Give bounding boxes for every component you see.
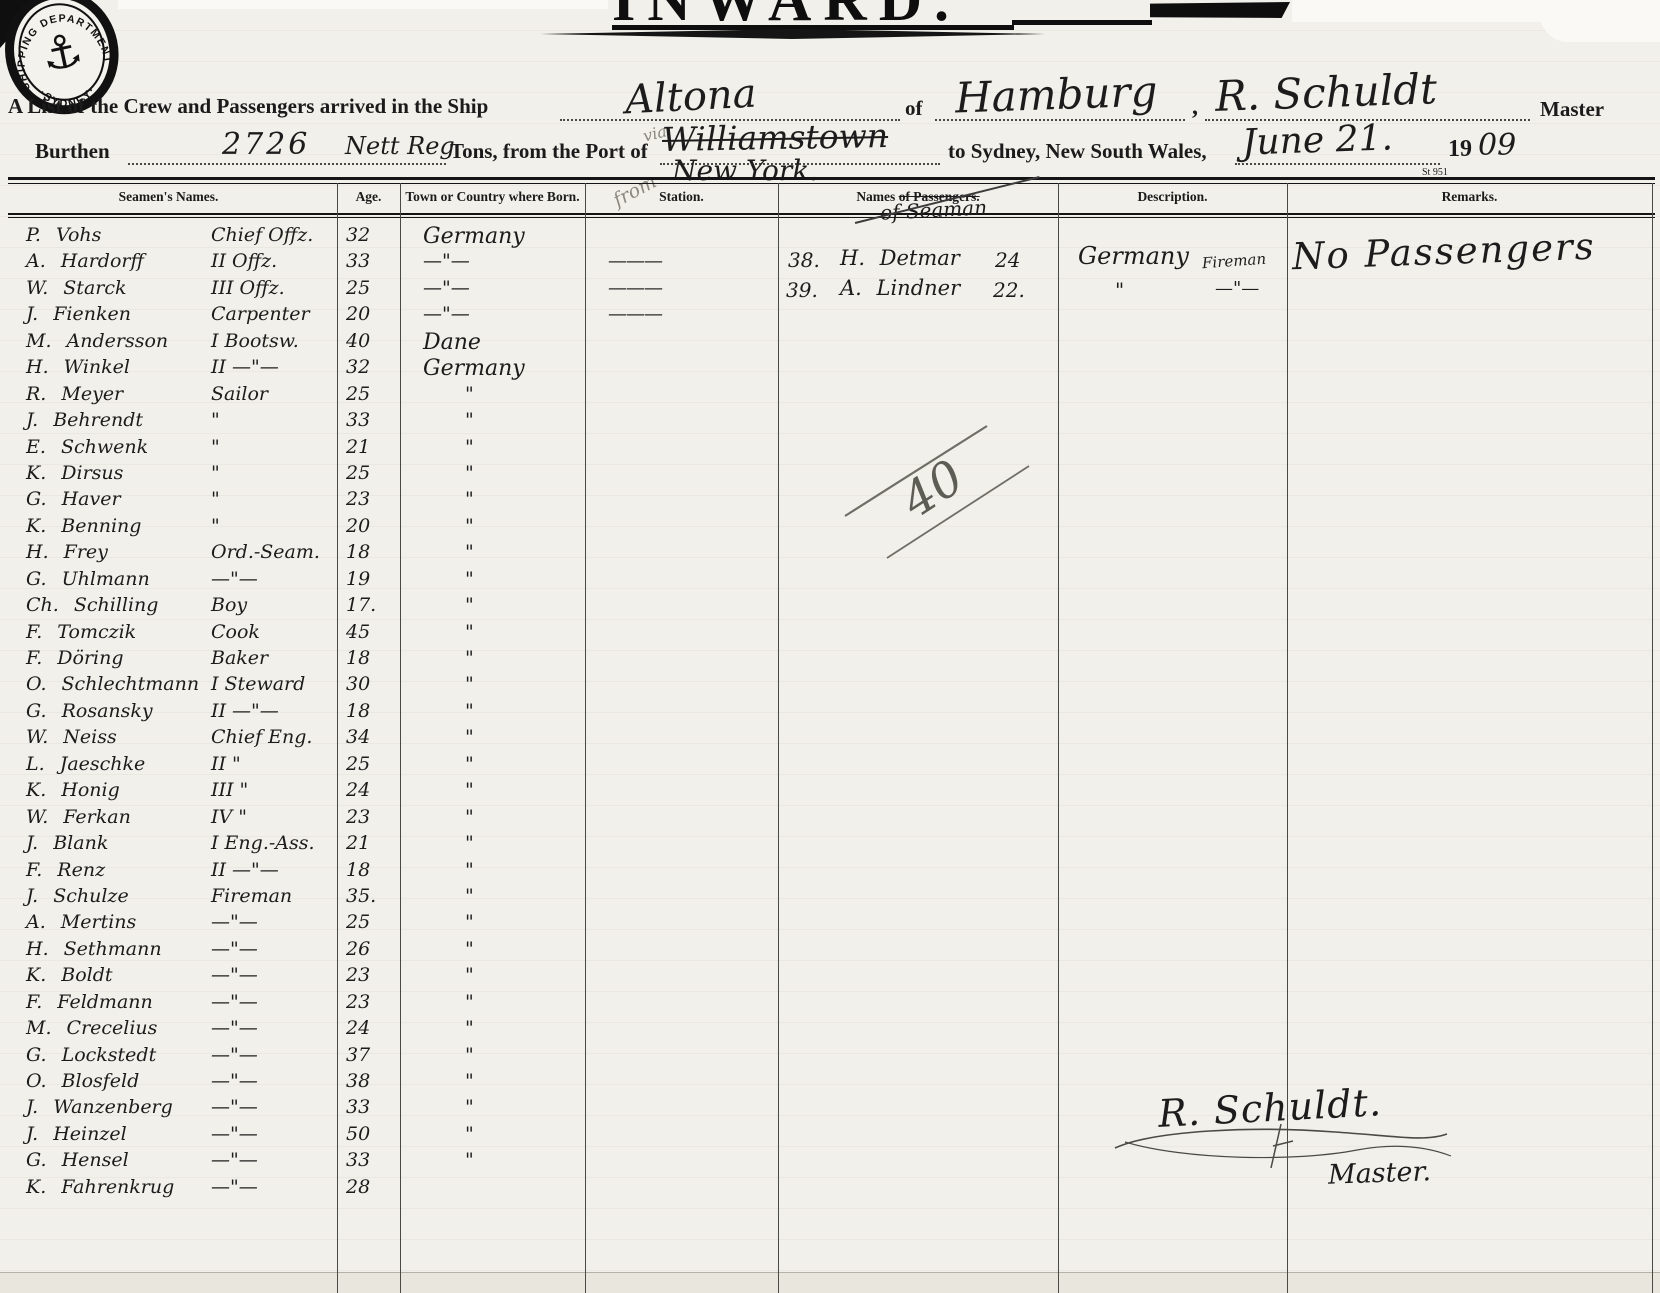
- crew-name: J. Blank: [26, 832, 108, 854]
- crew-name: H. Frey: [26, 541, 108, 563]
- crew-name: A. Mertins: [26, 911, 136, 933]
- crew-rank: Baker: [211, 647, 268, 669]
- crew-name: E. Schwenk: [26, 436, 148, 458]
- crew-age: 20: [346, 303, 370, 325]
- crew-rank: —"—: [211, 1176, 258, 1198]
- crew-born: ": [465, 806, 474, 828]
- crew-rank: Ord.-Seam.: [211, 541, 320, 563]
- crew-rank: —"—: [211, 1017, 258, 1039]
- crew-age: 33: [346, 250, 370, 272]
- crew-rank: Chief Offz.: [211, 224, 313, 246]
- passengers-header-correction: of Seaman: [879, 195, 987, 225]
- crew-name: K. Benning: [26, 515, 141, 537]
- column-divider-5: [1058, 183, 1059, 1293]
- crew-born: ": [465, 1096, 474, 1118]
- crew-name: M. Andersson: [26, 330, 168, 352]
- crew-row: G. Hensel —"— 33 ": [8, 1149, 798, 1175]
- crew-age: 33: [346, 1096, 370, 1118]
- inward-banner-title: INWARD.: [612, 0, 961, 30]
- crew-born: ": [465, 673, 474, 695]
- crew-born: —"—: [423, 250, 470, 272]
- crew-name: A. Hardorff: [26, 250, 144, 272]
- crew-age: 28: [346, 1176, 370, 1198]
- crew-name: K. Fahrenkrug: [26, 1176, 174, 1198]
- crew-born: ": [465, 832, 474, 854]
- crew-row: O. Schlechtmann I Steward 30 ": [8, 673, 798, 699]
- crew-age: 24: [346, 1017, 370, 1039]
- crew-rank: Chief Eng.: [211, 726, 312, 748]
- crew-row: J. Heinzel —"— 50 ": [8, 1123, 798, 1149]
- crew-age: 25: [346, 911, 370, 933]
- crew-row: W. Ferkan IV " 23 ": [8, 806, 798, 832]
- crew-station: ———: [608, 250, 662, 272]
- crew-list: P. Vohs Chief Offz. 32 Germany A. Hardor…: [8, 224, 798, 1202]
- entry38-number: 38.: [788, 248, 820, 272]
- crew-age: 30: [346, 673, 370, 695]
- port-struck: Williamstown: [662, 116, 889, 159]
- crew-born: ": [465, 568, 474, 590]
- entry39-name: A. Lindner: [840, 276, 960, 300]
- tonnage-qualifier: Nett Reg: [345, 132, 455, 160]
- crew-row: Ch. Schilling Boy 17. ": [8, 594, 798, 620]
- crew-age: 21: [346, 832, 370, 854]
- crew-rank: —"—: [211, 1044, 258, 1066]
- column-header-description: Description.: [1058, 189, 1287, 205]
- crew-born: ": [465, 594, 474, 616]
- crew-age: 32: [346, 356, 370, 378]
- crew-name: G. Haver: [26, 488, 121, 510]
- crew-name: G. Hensel: [26, 1149, 129, 1171]
- crew-name: W. Neiss: [26, 726, 117, 748]
- crew-name: F. Döring: [26, 647, 124, 669]
- entry39-age: 22.: [993, 278, 1025, 302]
- crew-age: 35.: [346, 885, 376, 907]
- scan-edge-corner: [1540, 0, 1660, 42]
- crew-name: K. Dirsus: [26, 462, 123, 484]
- year-written: 09: [1478, 128, 1516, 163]
- tally-value: 40: [891, 449, 974, 530]
- crew-rank: I Eng.-Ass.: [211, 832, 315, 854]
- crew-rank: ": [211, 515, 220, 537]
- crew-rank: III Offz.: [211, 277, 285, 299]
- inward-banner: INWARD.: [612, 0, 1014, 30]
- crew-born: ": [465, 726, 474, 748]
- crew-age: 24: [346, 779, 370, 801]
- column-header-born: Town or Country where Born.: [400, 189, 585, 205]
- crew-born: ": [465, 541, 474, 563]
- crew-name: P. Vohs: [26, 224, 101, 246]
- crew-rank: II —"—: [211, 859, 279, 881]
- crew-name: G. Rosansky: [26, 700, 153, 722]
- crew-rank: Sailor: [211, 383, 268, 405]
- entry38-name: H. Detmar: [840, 246, 960, 270]
- crew-age: 45: [346, 621, 370, 643]
- crew-row: H. Winkel II —"— 32 Germany: [8, 356, 798, 382]
- crew-row: M. Crecelius —"— 24 ": [8, 1017, 798, 1043]
- crew-rank: —"—: [211, 964, 258, 986]
- entry38-description-origin: Germany: [1078, 242, 1189, 270]
- crew-row: G. Lockstedt —"— 37 ": [8, 1044, 798, 1070]
- tonnage-line: [128, 162, 446, 165]
- crew-name: J. Behrendt: [26, 409, 143, 431]
- crew-born: ": [465, 911, 474, 933]
- table-top-border: [8, 177, 1655, 180]
- entry39-description-origin: ": [1115, 278, 1124, 302]
- crew-rank: Carpenter: [211, 303, 310, 325]
- crew-born: ": [465, 462, 474, 484]
- crew-age: 37: [346, 1044, 370, 1066]
- crew-age: 33: [346, 1149, 370, 1171]
- crew-rank: Cook: [211, 621, 260, 643]
- crew-name: W. Ferkan: [26, 806, 131, 828]
- crew-name: F. Feldmann: [26, 991, 153, 1013]
- crew-row: G. Rosansky II —"— 18 ": [8, 700, 798, 726]
- crew-born: ": [465, 1123, 474, 1145]
- crew-born: ": [465, 1149, 474, 1171]
- crew-age: 40: [346, 330, 370, 352]
- crew-rank: I Steward: [211, 673, 305, 695]
- crew-name: F. Tomczik: [26, 621, 136, 643]
- crew-born: ": [465, 1044, 474, 1066]
- crew-row: W. Starck III Offz. 25 —"— ———: [8, 277, 798, 303]
- crew-rank: —"—: [211, 1070, 258, 1092]
- scan-bottom-strip: [0, 1272, 1660, 1293]
- remarks-note: No Passengers: [1291, 225, 1596, 279]
- crew-born: ": [465, 1070, 474, 1092]
- crew-born: ": [465, 515, 474, 537]
- crew-name: K. Boldt: [26, 964, 113, 986]
- crew-row: K. Benning " 20 ": [8, 515, 798, 541]
- crew-age: 34: [346, 726, 370, 748]
- crew-row: P. Vohs Chief Offz. 32 Germany: [8, 224, 798, 250]
- crew-row: J. Schulze Fireman 35. ": [8, 885, 798, 911]
- crew-row: K. Dirsus " 25 ": [8, 462, 798, 488]
- crew-rank: ": [211, 488, 220, 510]
- crew-row: J. Behrendt " 33 ": [8, 409, 798, 435]
- crew-name: J. Heinzel: [26, 1123, 127, 1145]
- crew-rank: —"—: [211, 1149, 258, 1171]
- crew-born: ": [465, 409, 474, 431]
- crew-row: G. Haver " 23 ": [8, 488, 798, 514]
- crew-rank: ": [211, 462, 220, 484]
- ship-name: Altona: [624, 71, 758, 124]
- crew-rank: —"—: [211, 991, 258, 1013]
- crew-row: F. Renz II —"— 18 ": [8, 859, 798, 885]
- crew-age: 33: [346, 409, 370, 431]
- crew-age: 18: [346, 647, 370, 669]
- crew-born: —"—: [423, 277, 470, 299]
- crew-station: ———: [608, 277, 662, 299]
- crew-age: 25: [346, 753, 370, 775]
- column-header-age: Age.: [337, 189, 400, 205]
- crew-row: A. Mertins —"— 25 ": [8, 911, 798, 937]
- crew-name: G. Uhlmann: [26, 568, 150, 590]
- destination-label: to Sydney, New South Wales,: [948, 139, 1207, 164]
- crew-row: J. Wanzenberg —"— 33 ": [8, 1096, 798, 1122]
- crew-row: F. Döring Baker 18 ": [8, 647, 798, 673]
- entry39-number: 39.: [786, 278, 818, 302]
- crew-rank: II —"—: [211, 356, 279, 378]
- registry-port: Hamburg: [954, 66, 1158, 122]
- form-line1-label: A List of the Crew and Passengers arrive…: [8, 94, 488, 119]
- crew-born: Dane: [423, 330, 481, 355]
- crew-row: A. Hardorff II Offz. 33 —"— ———: [8, 250, 798, 276]
- entry39-description-role: —"—: [1215, 278, 1259, 299]
- table-top-border-thin: [8, 183, 1655, 184]
- banner-underline-bar: [1012, 20, 1152, 25]
- crew-born: ": [465, 779, 474, 801]
- crew-row: H. Sethmann —"— 26 ": [8, 938, 798, 964]
- crew-rank: —"—: [211, 938, 258, 960]
- crew-rank: I Bootsw.: [211, 330, 299, 352]
- burthen-label: Burthen: [35, 139, 110, 164]
- crew-name: J. Schulze: [26, 885, 129, 907]
- crew-born: ": [465, 488, 474, 510]
- crew-rank: Fireman: [211, 885, 292, 907]
- date-written: June 21.: [1241, 117, 1393, 163]
- crew-born: Germany: [423, 356, 525, 381]
- crew-row: J. Fienken Carpenter 20 —"— ———: [8, 303, 798, 329]
- crew-born: Germany: [423, 224, 525, 249]
- crew-born: ": [465, 753, 474, 775]
- divider-ornament: [540, 28, 1045, 40]
- ship-manifest-document: SHIPPING DEPARTMENT ·SYDNEY· ⚓ INWARD. A…: [0, 0, 1660, 1293]
- crew-age: 18: [346, 700, 370, 722]
- crew-row: J. Blank I Eng.-Ass. 21 ": [8, 832, 798, 858]
- crew-age: 20: [346, 515, 370, 537]
- entry38-age: 24: [995, 248, 1020, 272]
- crew-born: —"—: [423, 303, 470, 325]
- crew-name: W. Starck: [26, 277, 127, 299]
- crew-age: 21: [346, 436, 370, 458]
- crew-name: F. Renz: [26, 859, 105, 881]
- crew-rank: II ": [211, 753, 241, 775]
- entry38-description-role: Fireman: [1201, 250, 1266, 272]
- crew-name: O. Schlechtmann: [26, 673, 199, 695]
- crew-age: 25: [346, 383, 370, 405]
- crew-row: K. Boldt —"— 23 ": [8, 964, 798, 990]
- crew-age: 32: [346, 224, 370, 246]
- crew-row: W. Neiss Chief Eng. 34 ": [8, 726, 798, 752]
- crew-station: ———: [608, 303, 662, 325]
- table-right-border: [1652, 183, 1653, 1293]
- crew-age: 25: [346, 462, 370, 484]
- crew-age: 26: [346, 938, 370, 960]
- column-header-remarks: Remarks.: [1287, 189, 1652, 205]
- crew-rank: II Offz.: [211, 250, 277, 272]
- crew-born: ": [465, 885, 474, 907]
- crew-name: G. Lockstedt: [26, 1044, 156, 1066]
- crew-row: G. Uhlmann —"— 19 ": [8, 568, 798, 594]
- of-label: of: [905, 96, 923, 121]
- crew-age: 18: [346, 859, 370, 881]
- crew-age: 25: [346, 277, 370, 299]
- crew-age: 23: [346, 806, 370, 828]
- crew-rank: ": [211, 436, 220, 458]
- crew-name: K. Honig: [26, 779, 120, 801]
- crew-born: ": [465, 938, 474, 960]
- crew-row: F. Tomczik Cook 45 ": [8, 621, 798, 647]
- header-bottom-border: [8, 213, 1655, 215]
- crew-name: M. Crecelius: [26, 1017, 157, 1039]
- crew-age: 23: [346, 991, 370, 1013]
- crew-rank: ": [211, 409, 220, 431]
- crew-name: J. Fienken: [26, 303, 131, 325]
- master-label: Master: [1540, 97, 1604, 122]
- column-header-station: Station.: [585, 189, 778, 205]
- banner-ink-blob: [1150, 2, 1290, 18]
- crew-rank: —"—: [211, 911, 258, 933]
- crew-rank: II —"—: [211, 700, 279, 722]
- crew-born: ": [465, 621, 474, 643]
- tonnage-value: 2726: [222, 127, 310, 162]
- crew-rank: Boy: [211, 594, 247, 616]
- crew-name: H. Winkel: [26, 356, 130, 378]
- crew-born: ": [465, 991, 474, 1013]
- crew-rank: —"—: [211, 568, 258, 590]
- crew-born: ": [465, 647, 474, 669]
- comma-mark: ,: [1192, 94, 1198, 121]
- crew-born: ": [465, 436, 474, 458]
- crew-age: 23: [346, 488, 370, 510]
- crew-row: O. Blosfeld —"— 38 ": [8, 1070, 798, 1096]
- header-bottom-border-thin: [8, 217, 1655, 218]
- crew-rank: —"—: [211, 1123, 258, 1145]
- crew-row: R. Meyer Sailor 25 ": [8, 383, 798, 409]
- crew-born: ": [465, 964, 474, 986]
- crew-row: K. Honig III " 24 ": [8, 779, 798, 805]
- crew-row: K. Fahrenkrug —"— 28: [8, 1176, 798, 1202]
- crew-name: O. Blosfeld: [26, 1070, 139, 1092]
- scan-edge-top: [118, 0, 608, 9]
- crew-name: J. Wanzenberg: [26, 1096, 173, 1118]
- crew-age: 50: [346, 1123, 370, 1145]
- crew-name: Ch. Schilling: [26, 594, 158, 616]
- crew-row: L. Jaeschke II " 25 ": [8, 753, 798, 779]
- crew-rank: IV ": [211, 806, 247, 828]
- column-header-seamen-names: Seamen's Names.: [0, 189, 337, 205]
- tons-port-label: Tons, from the Port of: [450, 139, 648, 164]
- crew-age: 38: [346, 1070, 370, 1092]
- year-printed: 19: [1448, 136, 1472, 163]
- crew-born: ": [465, 859, 474, 881]
- crew-name: R. Meyer: [26, 383, 123, 405]
- crew-rank: —"—: [211, 1096, 258, 1118]
- pencil-tally-annotation: 40: [815, 398, 1045, 573]
- crew-age: 23: [346, 964, 370, 986]
- crew-row: F. Feldmann —"— 23 ": [8, 991, 798, 1017]
- crew-row: E. Schwenk " 21 ": [8, 436, 798, 462]
- master-signature-title: Master.: [1327, 1156, 1431, 1191]
- crew-age: 18: [346, 541, 370, 563]
- crew-row: H. Frey Ord.-Seam. 18 ": [8, 541, 798, 567]
- master-name: R. Schuldt: [1214, 64, 1437, 121]
- crew-name: H. Sethmann: [26, 938, 162, 960]
- crew-age: 17.: [346, 594, 376, 616]
- crew-born: ": [465, 700, 474, 722]
- crew-name: L. Jaeschke: [26, 753, 145, 775]
- crew-row: M. Andersson I Bootsw. 40 Dane: [8, 330, 798, 356]
- crew-born: ": [465, 1017, 474, 1039]
- crew-age: 19: [346, 568, 370, 590]
- crew-rank: III ": [211, 779, 248, 801]
- crew-born: ": [465, 383, 474, 405]
